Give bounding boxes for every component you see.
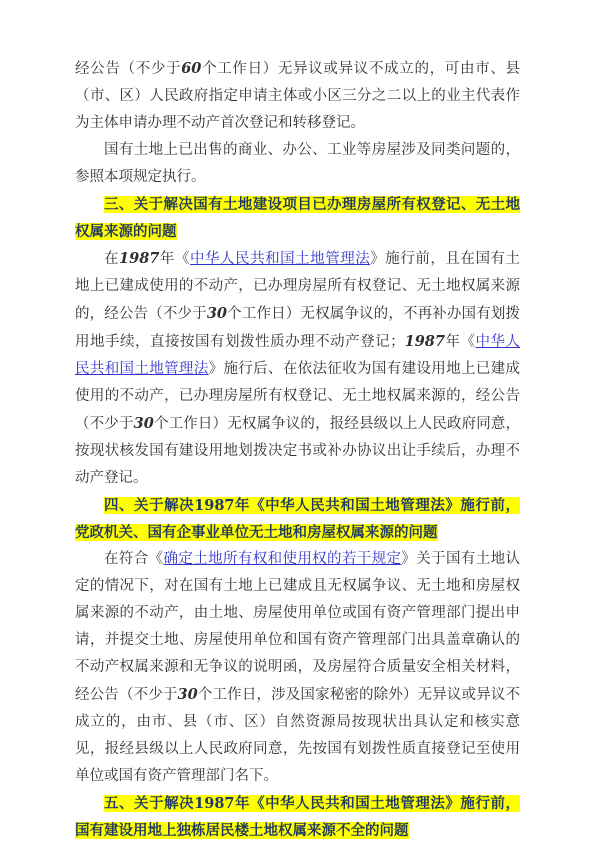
text-run: 年《 [159,251,190,267]
text-run: 年《 [445,334,476,350]
text-run: 国有土地上已出售的商业、办公、工业等房屋涉及同类问题的，参照本项规定执行。 [75,142,520,185]
section-heading: 四、关于解决1987年《中华人民共和国土地管理法》施行前，党政机关、国有企事业单… [75,492,520,546]
number-text: 1987 [405,333,445,350]
text-run: 经公告（不少于 [75,61,181,77]
law-title-hyperlink[interactable]: 中华人民共和国土地管理法 [190,251,370,267]
number-text: 30 [178,686,198,703]
text-run: 在符合《 [104,551,163,567]
text-run: 四、关于解决 [104,497,194,514]
number-text: 1987 [194,795,234,812]
document-page: 经公告（不少于60个工作日）无异议或异议不成立的，可由市、县（市、区）人民政府指… [0,0,596,842]
paragraph: 经公告（不少于60个工作日）无异议或异议不成立的，可由市、县（市、区）人民政府指… [75,55,520,137]
number-text: 1987 [194,497,234,514]
text-run: 》关于国有土地认定的情况下，对在国有土地上已建成且无权属争议、无土地和房屋权属来… [75,551,520,703]
law-title-hyperlink[interactable]: 确定土地所有权和使用权的若干规定 [163,551,401,567]
text-run: 在 [104,251,119,267]
paragraph: 在1987年《中华人民共和国土地管理法》施行前，且在国有土地上已建成使用的不动产… [75,245,520,492]
text-run: 五、关于解决 [104,795,194,812]
paragraph: 在符合《确定土地所有权和使用权的若干规定》关于国有土地认定的情况下，对在国有土地… [75,546,520,790]
text-run: 三、关于解决国有土地建设项目已办理房屋所有权登记、无土地权属来源的问题 [75,196,520,240]
paragraph: 国有土地上已出售的商业、办公、工业等房屋涉及同类问题的，参照本项规定执行。 [75,137,520,191]
section-heading: 五、关于解决1987年《中华人民共和国土地管理法》施行前，国有建设用地上独栋居民… [75,790,520,842]
section-heading: 三、关于解决国有土地建设项目已办理房屋所有权登记、无土地权属来源的问题 [75,191,520,245]
number-text: 30 [134,415,154,432]
number-text: 1987 [119,250,159,267]
number-text: 30 [207,305,227,322]
number-text: 60 [181,60,201,77]
document-content: 经公告（不少于60个工作日）无异议或异议不成立的，可由市、县（市、区）人民政府指… [75,55,520,842]
